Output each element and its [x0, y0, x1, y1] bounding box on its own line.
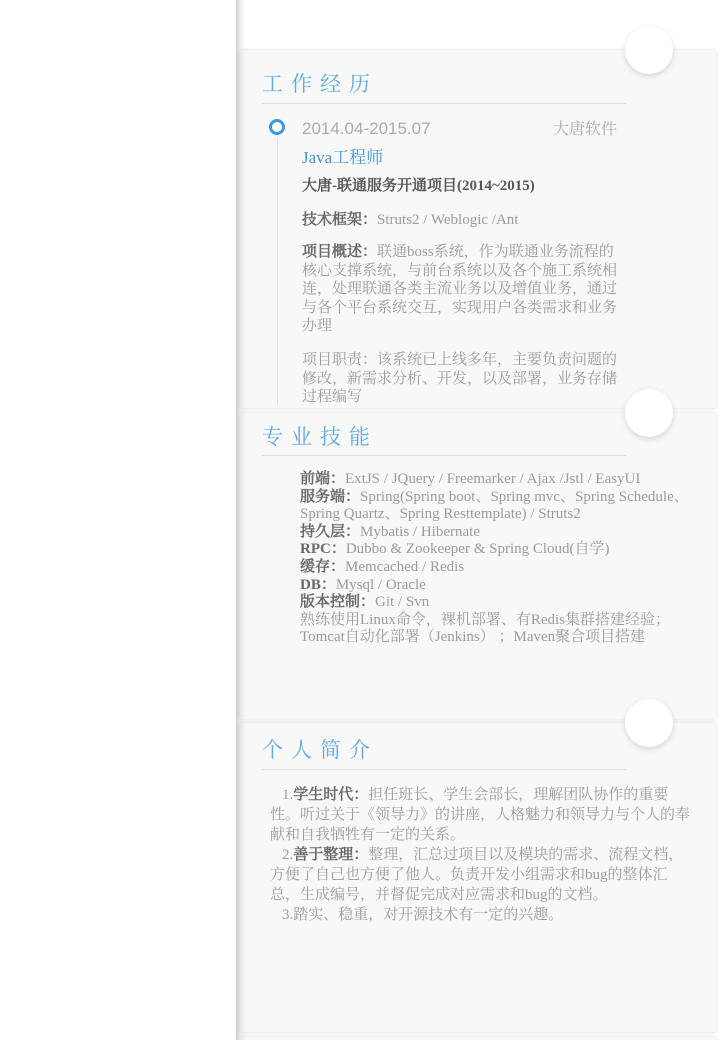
- skill-item-persistence: 持久层：Mybatis / Hibernate: [300, 524, 694, 542]
- skill-value: Mybatis / Hibernate: [360, 524, 480, 540]
- skill-label: 服务端：: [300, 489, 360, 505]
- skill-note-linux: 熟练使用Linux命令，裸机部署、有Redis集群搭建经验；: [300, 612, 694, 630]
- entry-date: 2014.04-2015.07: [302, 119, 431, 139]
- skill-label: 缓存：: [300, 559, 345, 575]
- timeline-dot-icon: [269, 119, 285, 135]
- skill-label: 持久层：: [300, 524, 360, 540]
- notch-circle-icon: [625, 389, 673, 437]
- section-work-experience: 工作经历 2014.04-2015.07 大唐软件 Java工程师 大唐-联通服…: [240, 50, 716, 408]
- work-section-title: 工作经历: [262, 70, 378, 98]
- skill-label: DB：: [300, 577, 336, 593]
- entry-role: Java工程师: [302, 143, 383, 168]
- skill-value: Git / Svn: [375, 594, 429, 610]
- project-overview-label: 项目概述：: [302, 244, 377, 260]
- section-profile: 个人简介 1.学生时代：担任班长、学生会部长，理解团队协作的重要性。听过关于《领…: [240, 723, 716, 1032]
- timeline-line: [277, 137, 278, 405]
- skill-value: Mysql / Oracle: [336, 577, 426, 593]
- resume-page: 工作经历 2014.04-2015.07 大唐软件 Java工程师 大唐-联通服…: [0, 0, 720, 1040]
- paragraph-number: 3.: [282, 907, 293, 923]
- skill-list: 前端：ExtJS / JQuery / Freemarker / Ajax /J…: [300, 471, 694, 647]
- paragraph-number: 2.: [282, 847, 293, 863]
- profile-title-underline: [262, 769, 626, 770]
- notch-circle-icon: [625, 26, 673, 74]
- tech-stack-value: Struts2 / Weblogic /Ant: [377, 212, 518, 228]
- skill-label: RPC：: [300, 541, 346, 557]
- notch-circle-icon: [625, 699, 673, 747]
- profile-text: 1.学生时代：担任班长、学生会部长，理解团队协作的重要性。听过关于《领导力》的讲…: [270, 785, 696, 925]
- profile-paragraph-1: 1.学生时代：担任班长、学生会部长，理解团队协作的重要性。听过关于《领导力》的讲…: [270, 785, 696, 845]
- skills-section-title: 专业技能: [262, 423, 378, 451]
- skill-item-db: DB：Mysql / Oracle: [300, 577, 694, 595]
- work-entry-header: 2014.04-2015.07 大唐软件: [302, 116, 617, 139]
- skill-note-tomcat: Tomcat自动化部署（Jenkins） ；Maven聚合项目搭建: [300, 629, 694, 647]
- skill-value: ExtJS / JQuery / Freemarker / Ajax /Jstl…: [345, 471, 640, 487]
- paragraph-text: 踏实、稳重，对开源技术有一定的兴趣。: [293, 907, 563, 923]
- skill-label: 版本控制：: [300, 594, 375, 610]
- profile-paragraph-3: 3.踏实、稳重，对开源技术有一定的兴趣。: [270, 905, 696, 925]
- paragraph-label: 学生时代：: [293, 787, 368, 803]
- skill-item-cache: 缓存：Memcached / Redis: [300, 559, 694, 577]
- skill-item-frontend: 前端：ExtJS / JQuery / Freemarker / Ajax /J…: [300, 471, 694, 489]
- paragraph-label: 善于整理：: [293, 847, 368, 863]
- tech-stack-label: 技术框架：: [302, 212, 377, 228]
- skill-item-server: 服务端：Spring(Spring boot、Spring mvc、Spring…: [300, 489, 694, 524]
- section-skills: 专业技能 前端：ExtJS / JQuery / Freemarker / Aj…: [240, 413, 716, 719]
- skills-title-underline: [262, 455, 626, 456]
- project-duty: 项目职责：该系统已上线多年，主要负责问题的修改，新需求分析、开发，以及部署，业务…: [302, 351, 618, 407]
- skill-value: Memcached / Redis: [345, 559, 464, 575]
- tech-stack-line: 技术框架：Struts2 / Weblogic /Ant: [302, 208, 518, 229]
- work-title-underline: [262, 103, 626, 104]
- paragraph-number: 1.: [282, 787, 293, 803]
- skill-value: Dubbo & Zookeeper & Spring Cloud(自学): [346, 541, 610, 557]
- skill-item-rpc: RPC：Dubbo & Zookeeper & Spring Cloud(自学): [300, 541, 694, 559]
- entry-company: 大唐软件: [553, 116, 617, 139]
- project-overview: 项目概述：联通boss系统，作为联通业务流程的核心支撑系统，与前台系统以及各个施…: [302, 243, 618, 336]
- skill-label: 前端：: [300, 471, 345, 487]
- profile-paragraph-2: 2.善于整理：整理，汇总过项目以及模块的需求、流程文档，方便了自己也方便了他人。…: [270, 845, 696, 905]
- profile-section-title: 个人简介: [262, 736, 378, 764]
- skill-item-vcs: 版本控制：Git / Svn: [300, 594, 694, 612]
- project-name: 大唐-联通服务开通项目(2014~2015): [302, 174, 535, 195]
